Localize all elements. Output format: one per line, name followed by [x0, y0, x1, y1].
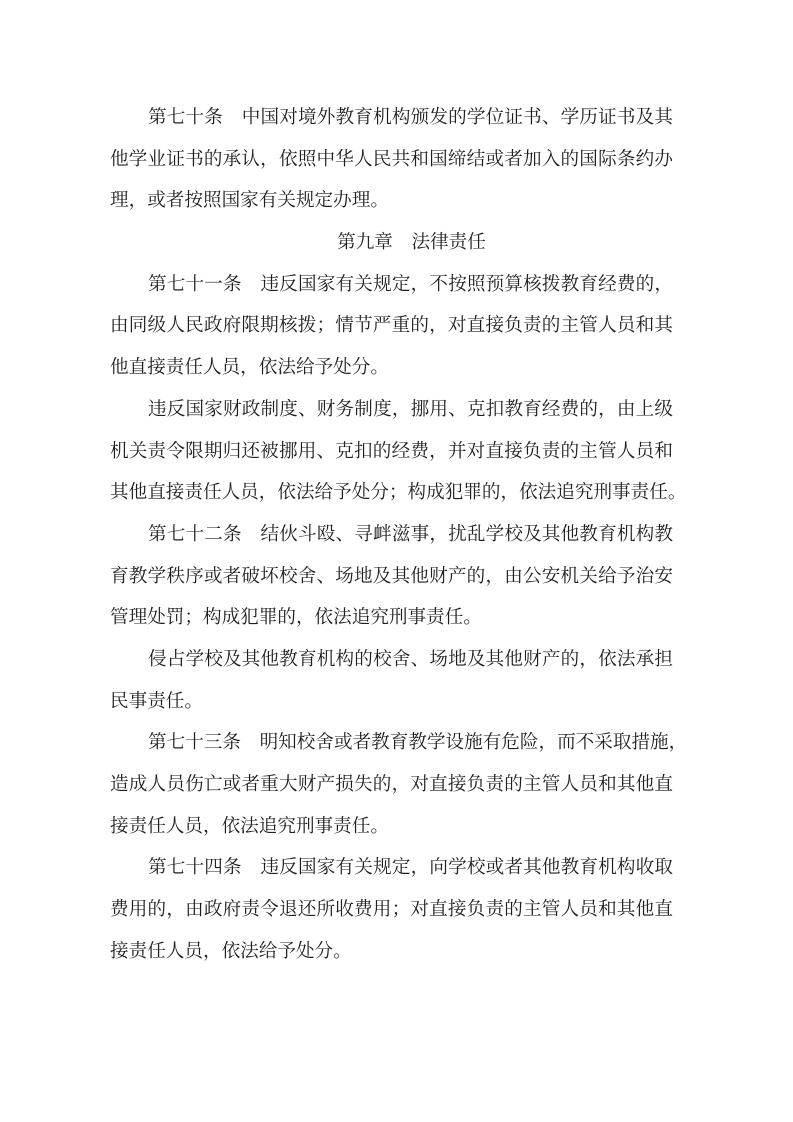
article-71-paragraph: 第七十一条 违反国家有关规定，不按照预算核拨教育经费的， 由同级人民政府限期核拨…	[110, 264, 673, 389]
article-71-paragraph-2: 违反国家财政制度、财务制度，挪用、克扣教育经费的，由上级 机关责令限期归还被挪用…	[110, 389, 673, 514]
text-line: 机关责令限期归还被挪用、克扣的经费，并对直接负责的主管人员和	[110, 431, 673, 473]
text-line: 理，或者按照国家有关规定办理。	[110, 180, 673, 222]
text-line: 接责任人员，依法给予处分。	[110, 931, 673, 973]
text-line: 管理处罚；构成犯罪的，依法追究刑事责任。	[110, 597, 673, 639]
article-73-paragraph: 第七十三条 明知校舍或者教育教学设施有危险，而不采取措施， 造成人员伤亡或者重大…	[110, 722, 673, 847]
text-line: 他学业证书的承认，依照中华人民共和国缔结或者加入的国际条约办	[110, 139, 673, 181]
text-line: 造成人员伤亡或者重大财产损失的，对直接负责的主管人员和其他直	[110, 764, 673, 806]
article-72-paragraph: 第七十二条 结伙斗殴、寻衅滋事，扰乱学校及其他教育机构教 育教学秩序或者破坏校舍…	[110, 514, 673, 639]
document-page: 第七十条 中国对境外教育机构颁发的学位证书、学历证书及其 他学业证书的承认，依照…	[0, 0, 793, 1122]
text-line: 违反国家财政制度、财务制度，挪用、克扣教育经费的，由上级	[110, 389, 673, 431]
text-line: 第七十条 中国对境外教育机构颁发的学位证书、学历证书及其	[110, 97, 673, 139]
text-line: 第七十一条 违反国家有关规定，不按照预算核拨教育经费的，	[110, 264, 673, 306]
text-line: 民事责任。	[110, 681, 673, 723]
text-line: 其他直接责任人员，依法给予处分；构成犯罪的，依法追究刑事责任。	[110, 472, 673, 514]
document-body: 第七十条 中国对境外教育机构颁发的学位证书、学历证书及其 他学业证书的承认，依照…	[110, 97, 673, 972]
text-line: 第七十三条 明知校舍或者教育教学设施有危险，而不采取措施，	[110, 722, 673, 764]
text-line: 第七十二条 结伙斗殴、寻衅滋事，扰乱学校及其他教育机构教	[110, 514, 673, 556]
text-line: 育教学秩序或者破坏校舍、场地及其他财产的，由公安机关给予治安	[110, 556, 673, 598]
text-line: 第七十四条 违反国家有关规定，向学校或者其他教育机构收取	[110, 847, 673, 889]
text-line: 接责任人员，依法追究刑事责任。	[110, 806, 673, 848]
text-line: 由同级人民政府限期核拨；情节严重的，对直接负责的主管人员和其	[110, 305, 673, 347]
chapter-heading: 第九章 法律责任	[110, 222, 673, 264]
article-70-paragraph: 第七十条 中国对境外教育机构颁发的学位证书、学历证书及其 他学业证书的承认，依照…	[110, 97, 673, 222]
article-74-paragraph: 第七十四条 违反国家有关规定，向学校或者其他教育机构收取 费用的，由政府责令退还…	[110, 847, 673, 972]
text-line: 他直接责任人员，依法给予处分。	[110, 347, 673, 389]
text-line: 费用的，由政府责令退还所收费用；对直接负责的主管人员和其他直	[110, 889, 673, 931]
text-line: 侵占学校及其他教育机构的校舍、场地及其他财产的，依法承担	[110, 639, 673, 681]
article-72-paragraph-2: 侵占学校及其他教育机构的校舍、场地及其他财产的，依法承担 民事责任。	[110, 639, 673, 722]
